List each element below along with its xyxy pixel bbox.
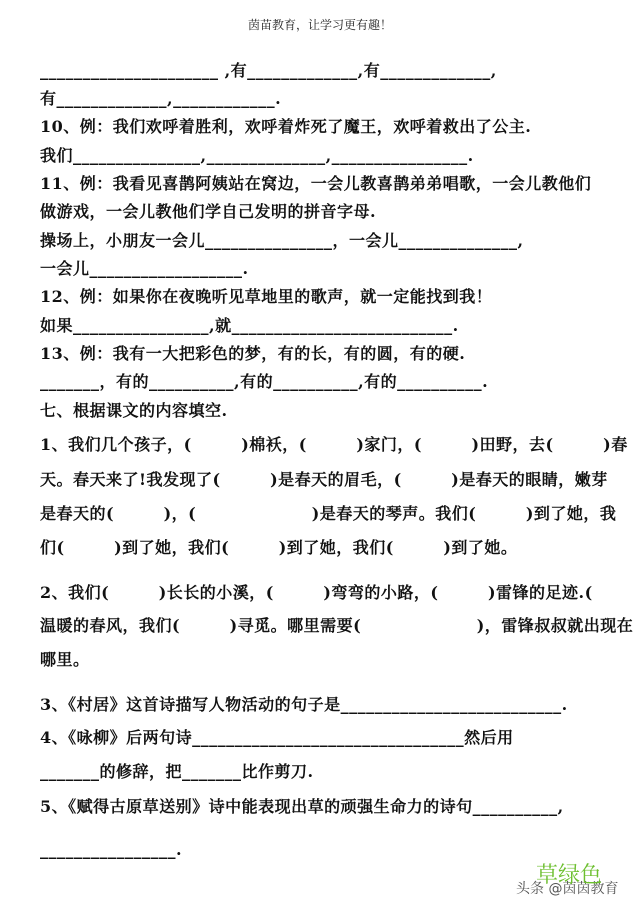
fill-1-line-1: 1、我们几个孩子，( )棉袄，( )家门，( )田野，去( )春 [40,432,628,455]
question-11-answer-2: 一会儿__________________. [40,256,249,279]
question-10-answer: 我们_______________,______________,_______… [40,143,474,166]
question-12-answer: 如果________________,就____________________… [40,313,459,336]
line-blank-2: 有_____________,____________. [40,86,281,109]
fill-1-line-4: 们( )到了她，我们( )到了她，我们( )到了她。 [40,535,517,558]
line-blank-1: _____________________ ,有_____________,有_… [40,58,497,81]
question-10-example: 10、例：我们欢呼着胜利，欢呼着炸死了魔王，欢呼着救出了公主. [40,114,531,137]
fill-3: 3、《村居》这首诗描写人物活动的句子是_____________________… [40,692,568,715]
question-12-example: 12、例：如果你在夜晚听见草地里的歌声，就一定能找到我！ [40,284,492,307]
fill-2-line-2: 温暖的春风，我们( )寻觅。哪里需要( )，雷锋叔叔就出现在 [40,613,633,636]
watermark: 头条 @茵茵教育 草绿色 [512,858,640,898]
page-header: 茵苗教育，让学习更有趣！ [0,16,640,33]
fill-1-line-3: 是春天的( )，( )是春天的琴声。我们( )到了她，我 [40,501,616,524]
fill-2-line-3: 哪里。 [40,647,90,670]
fill-1-line-2: 天。春天来了!我发现了( )是春天的眉毛，( )是春天的眼睛，嫩芽 [40,467,608,490]
watermark-overlay: 草绿色 [536,858,602,889]
fill-5-line-1: 5、《赋得古原草送别》诗中能表现出草的顽强生命力的诗句__________, [40,794,564,817]
question-13-example: 13、例：我有一大把彩色的梦，有的长，有的圆，有的硬. [40,341,465,364]
fill-5-line-2: ________________. [40,840,182,859]
fill-4-line-2: _______的修辞，把_______比作剪刀. [40,759,314,782]
question-11-example-2: 做游戏，一会儿教他们学自己发明的拼音字母. [40,199,376,222]
section-7-title: 七、根据课文的内容填空. [40,398,228,421]
question-11-answer-1: 操场上，小朋友一会儿_______________，一会儿___________… [40,228,524,251]
fill-4-line-1: 4、《咏柳》后两句诗______________________________… [40,725,514,748]
question-13-answer: _______，有的__________,有的__________,有的____… [40,369,488,392]
fill-2-line-1: 2、我们( )长长的小溪，( )弯弯的小路，( )雷锋的足迹.( ) [40,580,640,603]
question-11-example-1: 11、例：我看见喜鹊阿姨站在窝边，一会儿教喜鹊弟弟唱歌，一会儿教他们 [40,171,591,194]
